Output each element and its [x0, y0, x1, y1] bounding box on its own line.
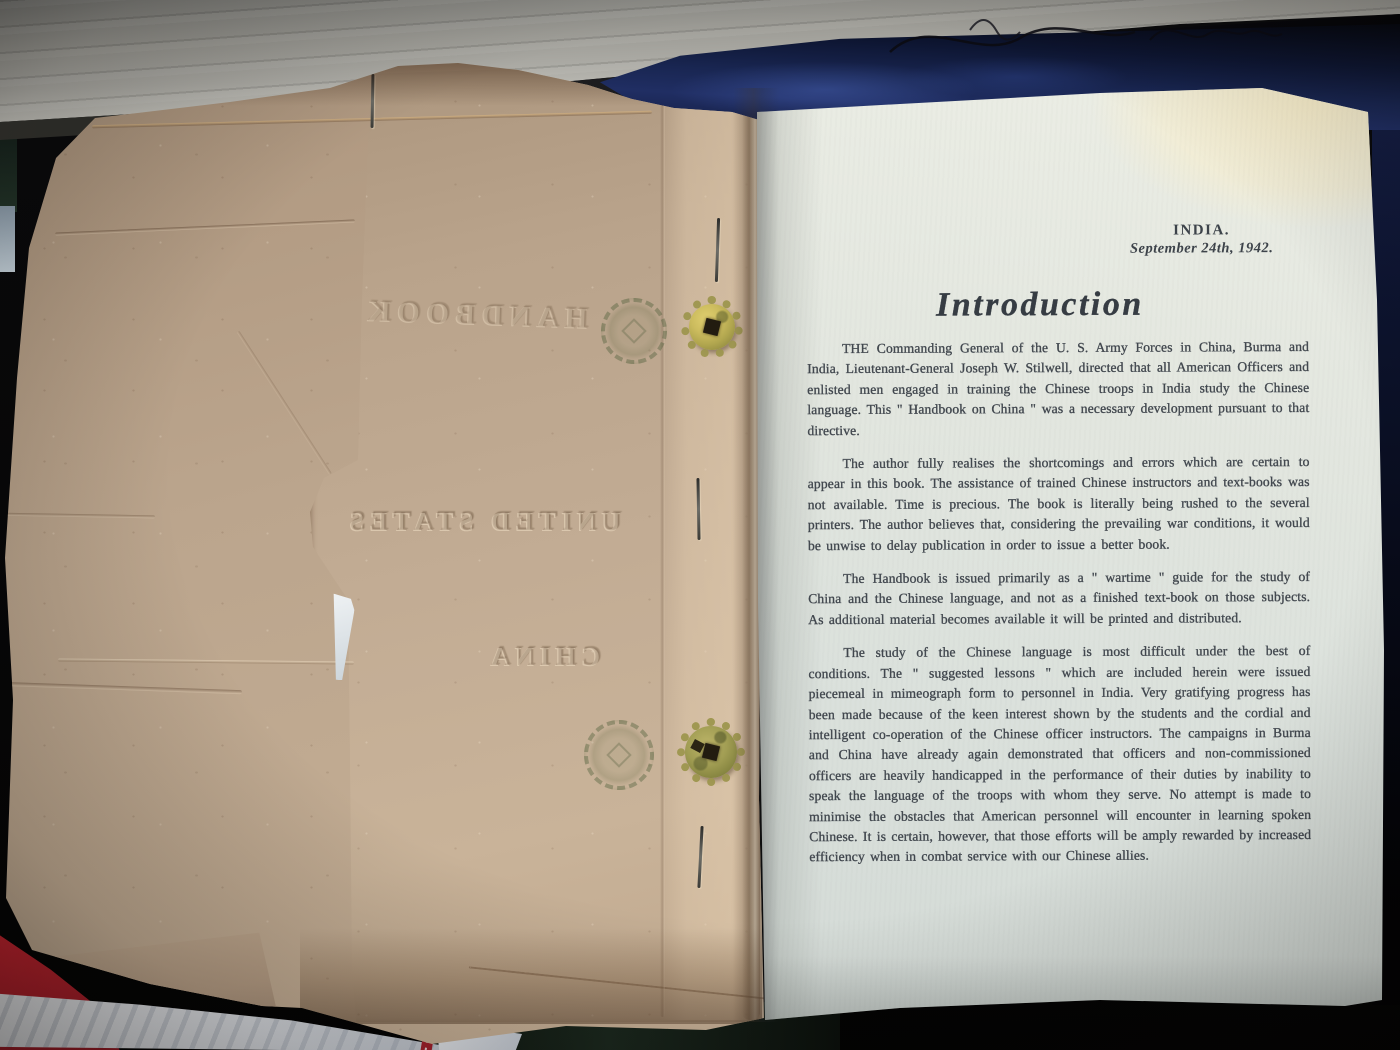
paragraph-3: The Handbook is issued primarily as a " …	[808, 567, 1310, 630]
bottom-edge-shadow	[300, 928, 762, 1024]
paragraph-2: The author fully realises the shortcomin…	[808, 452, 1310, 556]
page-title: Introduction	[790, 285, 1290, 325]
sill-sliver-left	[0, 206, 15, 272]
gutter-shadow	[733, 88, 779, 1022]
embossed-china-impression: CHINA	[486, 641, 601, 672]
brass-rosette-fastener-top	[689, 304, 735, 350]
dateline-date: September 24th, 1942.	[1087, 239, 1317, 258]
fastener-dark-spot	[690, 739, 704, 753]
paragraph-1: THE Commanding General of the U. S. Army…	[807, 337, 1309, 441]
loose-threads	[850, 0, 1390, 90]
printed-page: INDIA. September 24th, 1942. Introductio…	[752, 82, 1392, 1032]
photo-open-handbook: HANDBOOK UNITED STATES CHINA INDIA. Sept…	[0, 0, 1400, 1050]
fabric-sliver-left	[0, 138, 17, 212]
vertical-fold-crease	[660, 102, 665, 1017]
embossed-united-states-impression: UNITED STATES	[345, 506, 621, 537]
brass-rosette-fastener-bottom	[685, 726, 737, 778]
verdigris-ring-stain-top	[601, 298, 667, 364]
body-text: THE Commanding General of the U. S. Army…	[807, 337, 1311, 881]
page-text-block: INDIA. September 24th, 1942. Introductio…	[750, 81, 1394, 1034]
dateline-location: INDIA.	[1087, 221, 1317, 240]
dateline: INDIA. September 24th, 1942.	[1087, 221, 1317, 258]
verdigris-ring-stain-bottom	[584, 720, 654, 790]
paragraph-4: The study of the Chinese language is mos…	[808, 641, 1311, 868]
